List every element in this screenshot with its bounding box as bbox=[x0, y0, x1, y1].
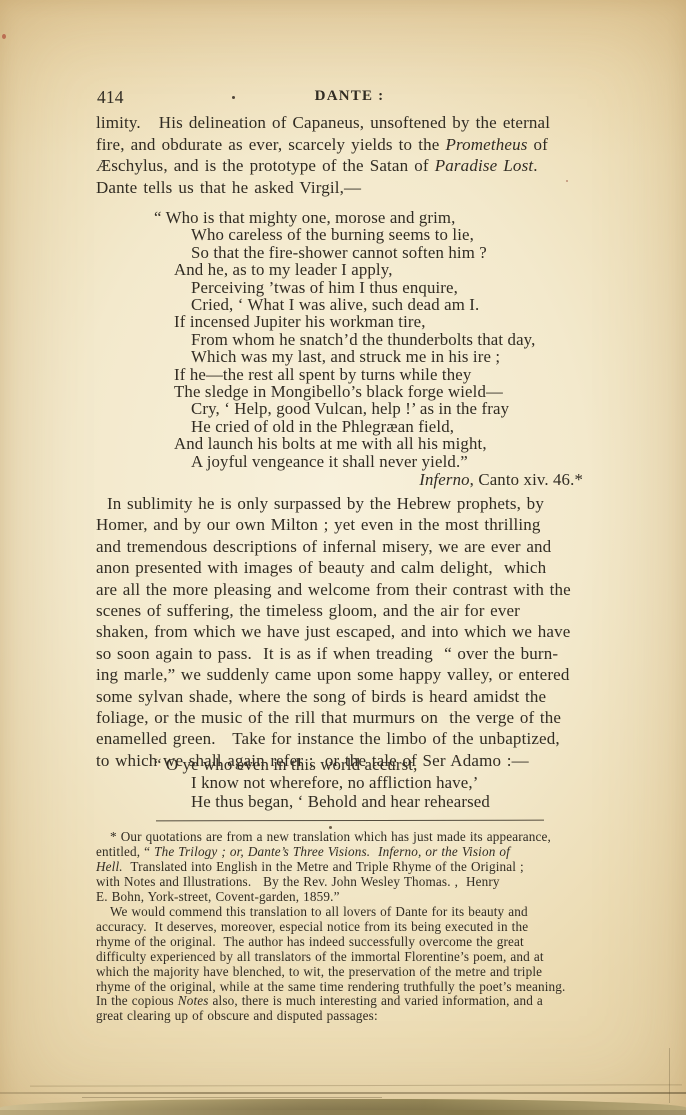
footnote-paragraph-1: * Our quotations are from a new translat… bbox=[96, 830, 608, 905]
footnote-line: great clearing up of obscure and dispute… bbox=[96, 1009, 608, 1024]
footnote-line: with Notes and Illustrations. By the Rev… bbox=[96, 875, 608, 890]
text-line: limity. His delineation of Capaneus, uns… bbox=[96, 112, 608, 134]
page-edge-scan-line bbox=[669, 1048, 670, 1103]
text-line: some sylvan shade, where the song of bir… bbox=[96, 686, 608, 707]
text-line: and tremendous descriptions of infernal … bbox=[96, 536, 608, 557]
text-line: Homer, and by our own Milton ; yet even … bbox=[96, 514, 608, 535]
running-head: DANTE : bbox=[97, 88, 602, 105]
verse-line: The sledge in Mongibello’s black forge w… bbox=[96, 383, 601, 400]
text-line: scenes of suffering, the timeless gloom,… bbox=[96, 600, 608, 621]
verse-line: If incensed Jupiter his workman tire, bbox=[96, 313, 601, 330]
text-line: fire, and obdurate as ever, scarcely yie… bbox=[96, 134, 608, 156]
paragraph-2: In sublimity he is only surpassed by the… bbox=[96, 493, 608, 771]
ink-speck bbox=[566, 180, 568, 182]
ink-speck bbox=[2, 34, 6, 39]
text-line: foliage, or the music of the rill that m… bbox=[96, 707, 608, 728]
text-line: Æschylus, and is the prototype of the Sa… bbox=[96, 155, 608, 177]
footnote-separator-rule bbox=[156, 820, 544, 822]
text-line: so soon again to pass. It is as if when … bbox=[96, 643, 608, 664]
verse-line: So that the fire-shower cannot soften hi… bbox=[96, 244, 601, 261]
text-line: In sublimity he is only surpassed by the… bbox=[96, 493, 608, 514]
footnote-line: accuracy. It deserves, moreover, especia… bbox=[96, 920, 608, 935]
text-line: shaken, from which we have just escaped,… bbox=[96, 621, 608, 642]
verse-line: From whom he snatch’d the thunderbolts t… bbox=[96, 331, 601, 348]
verse-line: A joyful vengeance it shall never yield.… bbox=[96, 453, 601, 470]
footnote-line: rhyme of the original. The author has in… bbox=[96, 935, 608, 950]
footnote-line: E. Bohn, York-street, Covent-garden, 185… bbox=[96, 890, 608, 905]
scanned-book-page: { "page": { "number": "414", "running_he… bbox=[0, 0, 686, 1115]
ink-speck bbox=[329, 826, 332, 829]
verse-line: I know not wherefore, no affliction have… bbox=[96, 774, 601, 792]
text-line: anon presented with images of beauty and… bbox=[96, 557, 608, 578]
text-line: are all the more pleasing and welcome fr… bbox=[96, 579, 608, 600]
verse-line: “ Who is that mighty one, morose and gri… bbox=[96, 209, 601, 226]
verse-line: Who careless of the burning seems to lie… bbox=[96, 226, 601, 243]
verse-attribution: Inferno, Canto xiv. 46.* bbox=[96, 470, 583, 490]
page-edge-scan-line bbox=[30, 1084, 682, 1086]
verse-line: He thus began, ‘ Behold and hear rehears… bbox=[96, 793, 601, 811]
verse-line: And he, as to my leader I apply, bbox=[96, 261, 601, 278]
text-line: enamelled green. Take for instance the l… bbox=[96, 728, 608, 749]
verse-line: Perceiving ’twas of him I thus enquire, bbox=[96, 279, 601, 296]
page-edge-scan-line bbox=[0, 1092, 686, 1094]
footnote-line: difficulty experienced by all translator… bbox=[96, 950, 608, 965]
verse-line: He cried of old in the Phlegræan field, bbox=[96, 418, 601, 435]
verse-line: Which was my last, and struck me in his … bbox=[96, 348, 601, 365]
text-line: Dante tells us that he asked Virgil,— bbox=[96, 177, 608, 199]
verse-quotation-ser-adamo: “ O ye who even in this world accurst, I… bbox=[96, 756, 601, 811]
footnote-line: In the copious Notes also, there is much… bbox=[96, 994, 608, 1009]
book-bottom-edge bbox=[0, 1110, 686, 1115]
footnote-line: rhyme of the original, while at the same… bbox=[96, 980, 608, 995]
footnote-line: which the majority have blenched, to wit… bbox=[96, 965, 608, 980]
footnote-paragraph-2: We would commend this translation to all… bbox=[96, 905, 608, 1024]
verse-line: “ O ye who even in this world accurst, bbox=[96, 756, 601, 774]
verse-line: Cried, ‘ What I was alive, such dead am … bbox=[96, 296, 601, 313]
footnote-line: Hell. Translated into English in the Met… bbox=[96, 860, 608, 875]
footnote-line: entitled, “ The Trilogy ; or, Dante’s Th… bbox=[96, 845, 608, 860]
verse-line: And launch his bolts at me with all his … bbox=[96, 435, 601, 452]
paragraph-1: limity. His delineation of Capaneus, uns… bbox=[96, 112, 608, 198]
verse-line: If he—the rest all spent by turns while … bbox=[96, 366, 601, 383]
ink-speck bbox=[232, 96, 235, 99]
footnote-line: We would commend this translation to all… bbox=[96, 905, 608, 920]
text-line: ing marle,” we suddenly came upon some h… bbox=[96, 664, 608, 685]
page-edge-scan-line bbox=[82, 1097, 382, 1098]
verse-line: Cry, ‘ Help, good Vulcan, help !’ as in … bbox=[96, 400, 601, 417]
verse-quotation-inferno: “ Who is that mighty one, morose and gri… bbox=[96, 209, 601, 470]
footnote-line: * Our quotations are from a new translat… bbox=[96, 830, 608, 845]
